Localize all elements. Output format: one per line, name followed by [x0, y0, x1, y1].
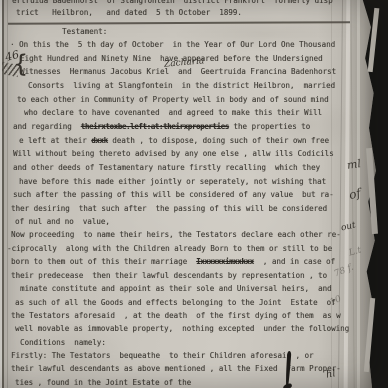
document-line: have before this made either jointly or … [19, 177, 326, 187]
struck-out-text: theirxtoxbe.left:at:theirxproperties [81, 122, 229, 131]
typed-text: and other deeds of Testamentary nature f… [13, 163, 320, 172]
document-line: e left at their dxxk death , to dispose,… [19, 136, 329, 146]
document-line: Eight Hundred and Ninety Nine have appea… [20, 54, 323, 64]
typed-text: death , to dispose, doing such of their … [108, 136, 329, 145]
document-line: their predecease then their lawful desce… [11, 271, 327, 281]
document-line: Testament: [62, 27, 107, 37]
typed-horizontal-rule [8, 21, 350, 24]
typed-text: ties , found in the Joint Estate of the [15, 378, 191, 387]
document-line: Firstly: The Testators bequeathe to thei… [11, 351, 314, 361]
typed-text: have before this made either jointly or … [19, 177, 326, 186]
handwritten-note: out [340, 221, 357, 234]
document-line: of nul and no value, [15, 217, 110, 227]
typed-text: Consorts living at Slangfontein in the d… [28, 81, 335, 90]
photo-left-line [2, 0, 4, 388]
typed-text: to each other in Community of Property w… [17, 95, 329, 104]
typed-text: Firstly: The Testators bequeathe to thei… [11, 351, 314, 360]
document-line: ther desiring that such after the passin… [11, 204, 327, 214]
typed-text: e left at their [19, 136, 91, 145]
document-line: well movable as immovable property, noth… [15, 324, 349, 334]
typed-text: Witnesses Hermanus Jacobus Kriel and Gee… [20, 67, 336, 76]
typed-text: and regarding [13, 122, 81, 131]
document-line: born to them out of this their marriage … [11, 257, 335, 267]
typed-text: their lawful descendants as above mentio… [11, 364, 341, 373]
document-line: Will without being thereto advised by an… [13, 149, 334, 159]
document-line: ertruida Badenhorst of Slangfontein dist… [12, 0, 333, 6]
photo-left-line [7, 0, 8, 388]
typed-text: ther desiring that such after the passin… [11, 204, 327, 213]
document-line: -ciprocally along with the Children alre… [7, 244, 332, 254]
ink-pen-stroke [282, 383, 292, 388]
typed-text: minate constitute and appoint as their s… [20, 284, 332, 293]
page-edge-highlight [357, 0, 360, 388]
typed-text: the Testators aforesaid , at the death o… [11, 311, 341, 320]
typed-text: Eight Hundred and Ninety Nine have appea… [20, 54, 323, 63]
document-line: Now proceeding to name their heirs, the … [11, 230, 341, 240]
document-line: ties , found in the Joint Estate of the [15, 378, 191, 388]
document-page: ertruida Badenhorst of Slangfontein dist… [0, 0, 388, 388]
document-line: minate constitute and appoint as their s… [20, 284, 332, 294]
document-line: · On this the 5 th day of October in the… [10, 40, 335, 50]
page-edge-sliver [368, 8, 380, 72]
typed-text: , and in case of [254, 257, 335, 266]
typed-text: · On this the 5 th day of October in the… [10, 40, 335, 49]
document-line: and other deeds of Testamentary nature f… [13, 163, 320, 173]
typed-text: Conditions namely: [20, 338, 106, 347]
document-line: Consorts living at Slangfontein in the d… [28, 81, 335, 91]
document-line: to each other in Community of Property w… [17, 95, 329, 105]
handwritten-note: L.t [348, 245, 363, 258]
typed-text: born to them out of this their marriage [11, 257, 196, 266]
typed-text: Will without being thereto advised by an… [13, 149, 334, 158]
document-line: as such of all the Goods and effects bel… [15, 298, 336, 308]
typed-text: -ciprocally along with the Children alre… [7, 244, 332, 253]
typed-text: well movable as immovable property, noth… [15, 324, 349, 333]
document-line: trict Heilbron, and dated 5 th October 1… [16, 8, 242, 18]
handwritten-note: of [348, 186, 362, 202]
photo-of-document: ertruida Badenhorst of Slangfontein dist… [0, 0, 388, 388]
handwritten-note: ml [346, 157, 362, 172]
typed-text: as such of all the Goods and effects bel… [15, 298, 336, 307]
document-line: their lawful descendants as above mentio… [11, 364, 341, 374]
typed-text: Now proceeding to name their heirs, the … [11, 230, 341, 239]
typed-text: Testament: [62, 27, 107, 36]
struck-out-text: Ixxxxxximxxkxx [196, 257, 254, 266]
typed-text: the properties to [229, 122, 310, 131]
typed-text: such after the passing of this will be c… [13, 190, 334, 199]
typed-text: trict Heilbron, and dated 5 th October 1… [16, 8, 242, 17]
document-line: Witnesses Hermanus Jacobus Kriel and Gee… [20, 67, 336, 77]
document-line: and regarding theirxtoxbe.left:at:theirx… [13, 122, 310, 132]
typed-text: of nul and no value, [15, 217, 110, 226]
document-line: who declare to have covenanted and agree… [24, 108, 322, 118]
document-line: the Testators aforesaid , at the death o… [11, 311, 341, 321]
typed-text: their predecease then their lawful desce… [11, 271, 327, 280]
struck-out-text: dxxk [91, 136, 107, 145]
document-line: Conditions namely: [20, 338, 106, 348]
typed-text: ertruida Badenhorst of Slangfontein dist… [12, 0, 333, 5]
handwritten-note: 78 f. [333, 263, 355, 280]
page-crease [350, 0, 354, 388]
document-line: such after the passing of this will be c… [13, 190, 334, 200]
typed-text: who declare to have covenanted and agree… [24, 108, 322, 117]
